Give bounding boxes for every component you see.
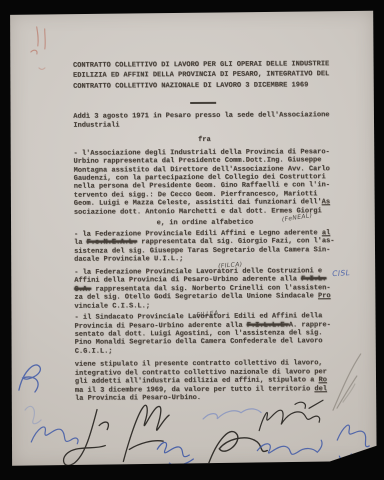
text-segment: dacale Provinciale U.I.L.;: [74, 255, 183, 264]
text-segment: Industriali: [73, 121, 119, 129]
document-paper: CONTRATTO COLLETTIVO DI LAVORO PER GLI O…: [9, 10, 378, 467]
text-segment: F.e.N.E.A.L.: [87, 239, 137, 247]
text-line: C.G.I.L.;: [75, 346, 337, 356]
text-segment: Pino Monaldi Segretario della Camera Con…: [75, 338, 323, 348]
text-segment: A. rappre-: [289, 321, 331, 329]
bottom-signature-7: [259, 400, 323, 430]
text-segment: fra: [198, 136, 211, 144]
text-segment: Pro: [318, 292, 331, 300]
closing-paragraph: viene stipulato il presente contratto co…: [75, 359, 337, 403]
document-title: CONTRATTO COLLETTIVO DI LAVORO PER GLI O…: [73, 59, 335, 92]
text-segment: EDILIZIA ED AFFINI DELLA PROVINCIA DI PE…: [73, 71, 329, 81]
bottom-signature-9: [337, 425, 369, 460]
date-place-line: Addì 3 agosto 1971 in Pesaro presso la s…: [73, 111, 335, 130]
bottom-signature-1: [31, 427, 78, 444]
text-segment: C.A.: [74, 285, 91, 293]
text-segment: za del sig. Otello Godi Segretario della…: [74, 292, 318, 301]
text-segment: CONTRATTO COLLETTIVO DI LAVORO PER GLI O…: [73, 60, 329, 70]
title-rule: [190, 102, 216, 104]
text-line: dacale Provinciale U.I.L.;: [74, 255, 336, 265]
text-line: za del sig. Otello Godi Segretario della…: [74, 292, 336, 302]
text-line: CONTRATTO COLLETTIVO NAZIONALE DI LAVORO…: [73, 80, 335, 92]
text-line: Addì 3 agosto 1971 in Pesaro presso la s…: [73, 111, 335, 121]
text-line: Pino Monaldi Segretario della Camera Con…: [75, 338, 337, 348]
text-segment: vinciale C.I.S.L.;: [74, 302, 150, 310]
party-filca-cisl: - la Federazione Provinciale Lavoratori …: [74, 267, 336, 311]
text-segment: la: [74, 239, 87, 247]
text-line: fra: [73, 135, 335, 145]
text-segment: F.I.L.: [301, 275, 326, 283]
text-segment: sistenza del sig. Giuseppe Taras Segreta…: [74, 246, 330, 256]
text-line: Industriali: [73, 120, 335, 130]
bottom-signature-2: [63, 410, 108, 466]
margin-signature-faint: [25, 406, 41, 424]
bottom-signature-6: [207, 431, 267, 467]
bottom-signature-8: [257, 440, 322, 454]
text-segment: C.G.I.L.;: [75, 347, 113, 355]
bottom-signature-5: [203, 409, 261, 419]
annotation-cisl: CISL: [332, 268, 350, 278]
text-segment: Ro: [318, 376, 326, 384]
text-segment: la Provincia di Pesaro-Urbino.: [75, 394, 201, 403]
party-fillea-cgil: - il Sindacato Provinciale Lavoratori Ed…: [74, 312, 336, 356]
typed-text-area: CONTRATTO COLLETTIVO DI LAVORO PER GLI O…: [73, 10, 337, 403]
text-segment: e, in ordine alfabetico: [157, 219, 254, 228]
text-line: vinciale C.I.S.L.;: [74, 301, 336, 311]
margin-signature-godi: [19, 365, 41, 392]
text-segment: al: [322, 229, 330, 237]
bottom-signature-3: [123, 405, 169, 461]
text-line: la Provincia di Pesaro-Urbino.: [75, 393, 337, 403]
bottom-signature-4: [157, 442, 193, 465]
red-pencil-marks-icon: [31, 27, 46, 70]
text-segment: CONTRATTO COLLETTIVO NAZIONALE DI LAVORO…: [73, 81, 308, 90]
text-segment: del: [314, 385, 327, 393]
photo-backdrop: CONTRATTO COLLETTIVO DI LAVORO PER GLI O…: [0, 0, 384, 480]
fra-label: fra: [73, 135, 335, 145]
party-feneal-uil: - la Federazione Provinciale Edili Affin…: [74, 229, 336, 264]
text-segment: As: [322, 198, 330, 206]
text-segment: F.I.L.L.E.: [247, 321, 289, 329]
party-industriali: - l'Associazione degli Industriali della…: [73, 148, 335, 217]
text-segment: Addì 3 agosto 1971 in Pesaro presso la s…: [73, 111, 329, 121]
